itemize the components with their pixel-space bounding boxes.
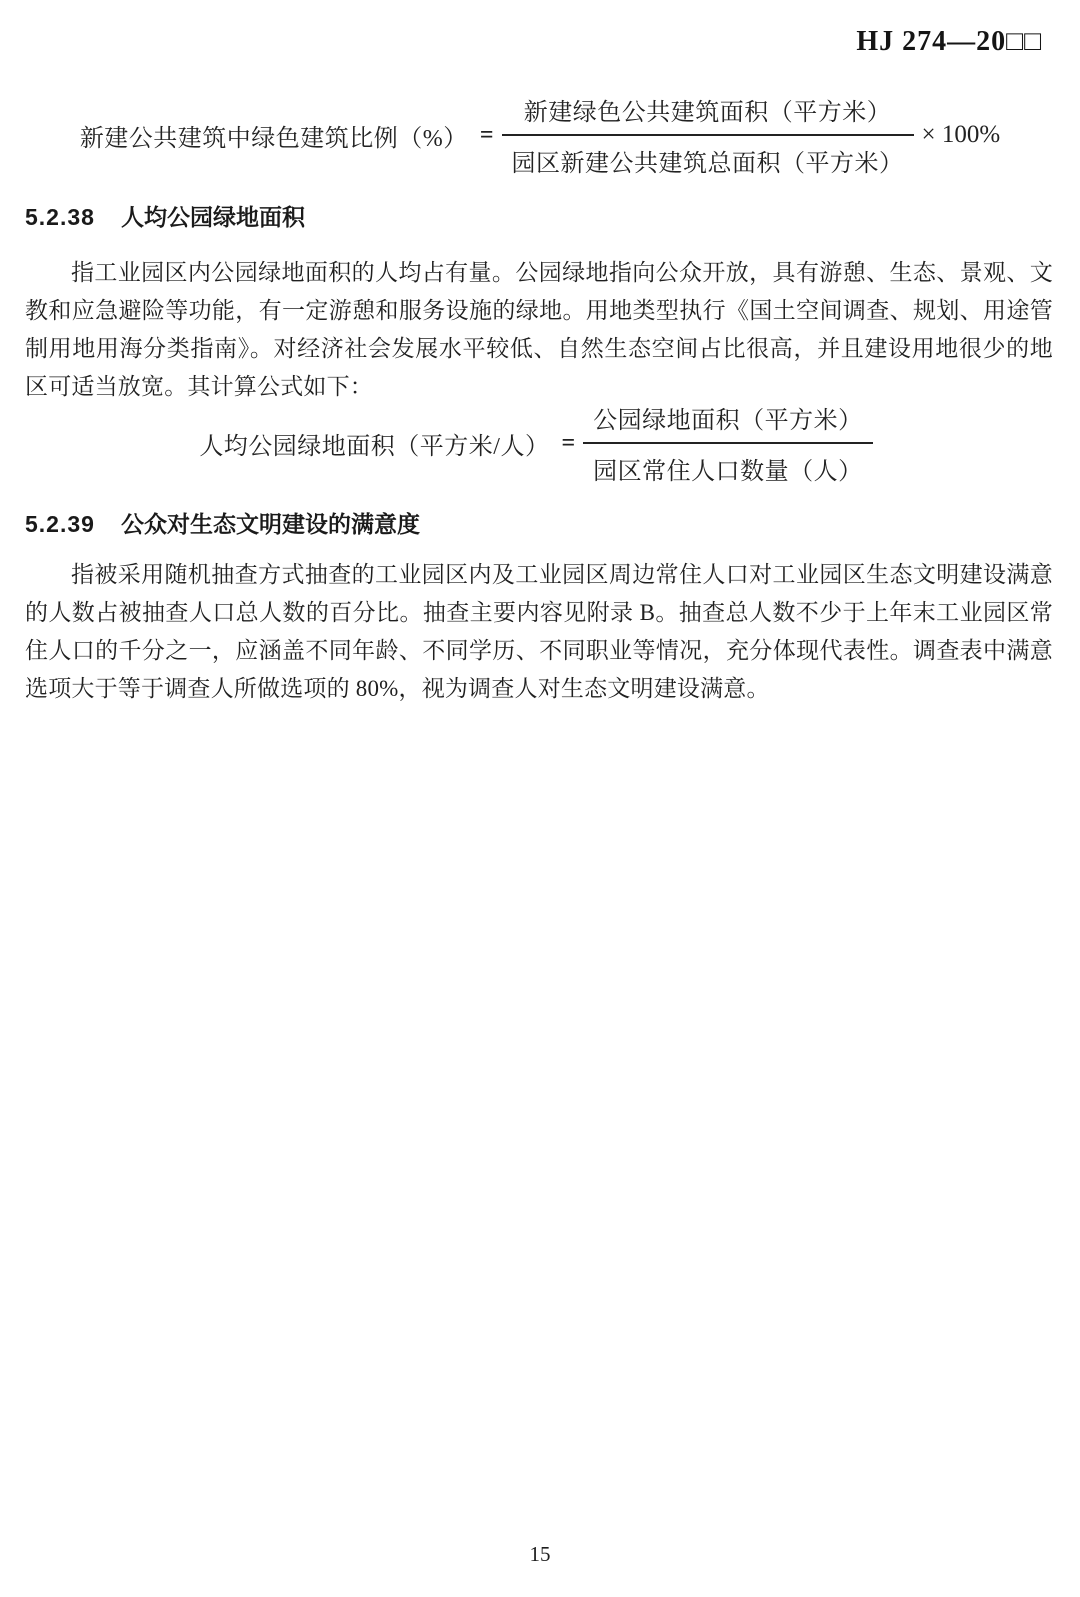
- equals-sign: =: [480, 122, 494, 149]
- section-heading-5-2-39: 5.2.39公众对生态文明建设的满意度: [25, 506, 420, 539]
- formula-multiplier: × 100%: [922, 121, 1001, 149]
- section-heading-5-2-38: 5.2.38人均公园绿地面积: [25, 199, 305, 232]
- document-page: HJ 274—20□□ 新建公共建筑中绿色建筑比例（%） = 新建绿色公共建筑面…: [0, 0, 1080, 1597]
- section-number: 5.2.39: [25, 511, 95, 537]
- section-5-2-39-paragraph: 指被采用随机抽查方式抽查的工业园区内及工业园区周边常住人口对工业园区生态文明建设…: [25, 556, 1053, 708]
- formula-green-building-ratio: 新建公共建筑中绿色建筑比例（%） = 新建绿色公共建筑面积（平方米） 园区新建公…: [0, 92, 1080, 178]
- formula-lhs: 新建公共建筑中绿色建筑比例（%）: [80, 118, 468, 153]
- fraction-numerator: 新建绿色公共建筑面积（平方米）: [502, 92, 914, 136]
- section-title: 公众对生态文明建设的满意度: [121, 511, 420, 537]
- standard-number: HJ 274—20□□: [856, 26, 1042, 57]
- formula-lhs: 人均公园绿地面积（平方米/人）: [199, 426, 549, 461]
- formula-park-green-area: 人均公园绿地面积（平方米/人） = 公园绿地面积（平方米） 园区常住人口数量（人…: [0, 400, 1080, 486]
- fraction-denominator: 园区常住人口数量（人）: [583, 444, 873, 486]
- section-5-2-38-paragraph: 指工业园区内公园绿地面积的人均占有量。公园绿地指向公众开放，具有游憩、生态、景观…: [25, 254, 1053, 406]
- fraction-denominator: 园区新建公共建筑总面积（平方米）: [502, 136, 914, 178]
- page-number: 15: [530, 1542, 551, 1566]
- section-title: 人均公园绿地面积: [121, 204, 305, 230]
- fraction-numerator: 公园绿地面积（平方米）: [583, 400, 873, 444]
- formula-fraction: 公园绿地面积（平方米） 园区常住人口数量（人）: [583, 400, 873, 486]
- document-header: HJ 274—20□□: [856, 26, 1042, 58]
- equals-sign: =: [561, 430, 575, 457]
- formula-fraction: 新建绿色公共建筑面积（平方米） 园区新建公共建筑总面积（平方米）: [502, 92, 914, 178]
- section-number: 5.2.38: [25, 204, 95, 230]
- page-footer: 15: [0, 1542, 1080, 1567]
